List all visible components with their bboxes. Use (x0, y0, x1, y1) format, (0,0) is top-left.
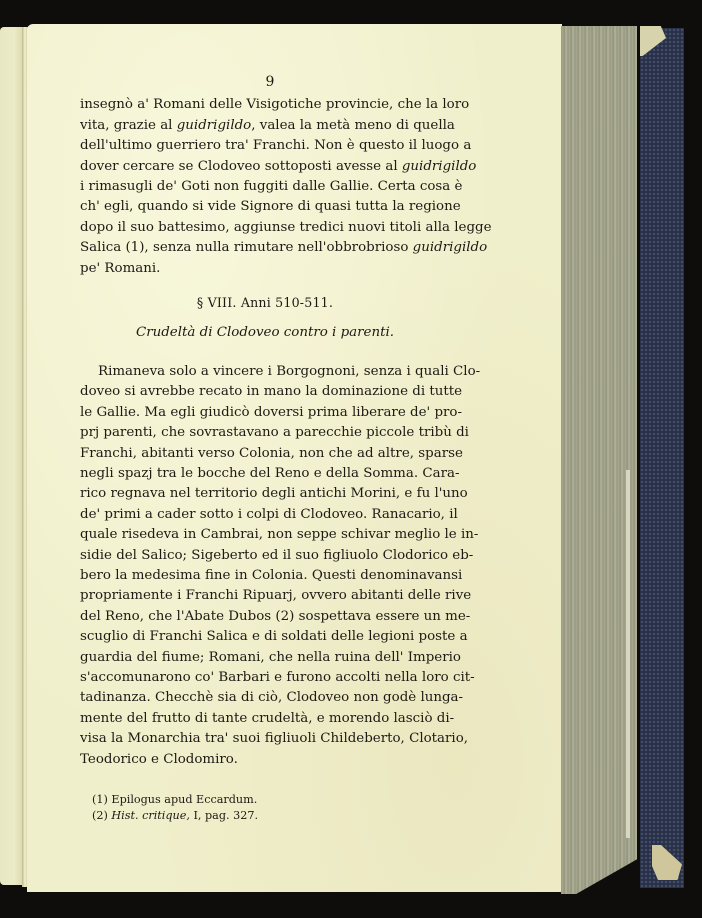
section-heading: § VIII. Anni 510-511. (80, 293, 450, 313)
footnote-text: I, pag. 327. (190, 809, 258, 822)
text-line: Rimaneva solo a vincere i Borgognoni, se… (80, 362, 450, 382)
text-line: dover cercare se Clodoveo sottoposti ave… (80, 157, 450, 177)
bookmark-strip (626, 470, 630, 838)
text-line: negli spazj tra le bocche del Reno e del… (80, 464, 450, 484)
footnote-marker: (1) (92, 793, 108, 806)
text-line: dell'ultimo guerriero tra' Franchi. Non … (80, 136, 450, 156)
left-page-edge (0, 27, 24, 885)
footnote-2: (2) Hist. critique, I, pag. 327. (92, 808, 450, 824)
text-line: de' primi a cader sotto i colpi di Clodo… (80, 505, 450, 525)
section-title: Crudeltà di Clodoveo contro i parenti. (80, 323, 450, 343)
italic-term: guidrigildo (402, 159, 477, 174)
text-line: le Gallie. Ma egli giudicò doversi prima… (80, 403, 450, 423)
text-line: Salica (1), senza nulla rimutare nell'ob… (80, 238, 450, 258)
footnote-marker: (2) (92, 809, 108, 822)
text-line: quale risedeva in Cambrai, non seppe sch… (80, 525, 450, 545)
page-content: 9 insegnò a' Romani delle Visigotiche pr… (80, 72, 450, 823)
text-line: del Reno, che l'Abate Dubos (2) sospetta… (80, 607, 450, 627)
paragraph-2: Rimaneva solo a vincere i Borgognoni, se… (80, 362, 450, 770)
text-line: s'accomunarono co' Barbari e furono acco… (80, 668, 450, 688)
text-line: scuglio di Franchi Salica e di soldati d… (80, 627, 450, 647)
footnote-text: Epilogus apud Eccardum. (111, 793, 257, 806)
text-line: pe' Romani. (80, 259, 450, 279)
text-line: Franchi, abitanti verso Colonia, non che… (80, 444, 450, 464)
text-line: tadinanza. Checchè sia di ciò, Clodoveo … (80, 688, 450, 708)
book-cover (640, 28, 684, 888)
text-line: bero la medesima fine in Colonia. Questi… (80, 566, 450, 586)
text-line: visa la Monarchia tra' suoi figliuoli Ch… (80, 729, 450, 749)
text-line: Teodorico e Clodomiro. (80, 750, 450, 770)
text-line: prj parenti, che sovrastavano a parecchi… (80, 423, 450, 443)
footnote-italic-title: Hist. critique, (111, 809, 190, 822)
text-line: vita, grazie al guidrigildo, valea la me… (80, 116, 450, 136)
paragraph-1: insegnò a' Romani delle Visigotiche prov… (80, 95, 450, 279)
italic-term: guidrigildo (177, 118, 252, 133)
italic-term: guidrigildo (413, 240, 488, 255)
text-line: doveo si avrebbe recato in mano la domin… (80, 382, 450, 402)
footnote-1: (1) Epilogus apud Eccardum. (92, 792, 450, 808)
text-line: guardia del fiume; Romani, che nella rui… (80, 648, 450, 668)
text-line: i rimasugli de' Goti non fuggiti dalle G… (80, 177, 450, 197)
text-line: insegnò a' Romani delle Visigotiche prov… (80, 95, 450, 115)
text-line: rico regnava nel territorio degli antich… (80, 484, 450, 504)
text-line: dopo il suo battesimo, aggiunse tredici … (80, 218, 450, 238)
text-line: ch' egli, quando si vide Signore di quas… (80, 197, 450, 217)
text-line: sidie del Salico; Sigeberto ed il suo fi… (80, 546, 450, 566)
footnotes: (1) Epilogus apud Eccardum. (2) Hist. cr… (80, 792, 450, 823)
text-line: propriamente i Franchi Ripuarj, ovvero a… (80, 586, 450, 606)
page-number: 9 (90, 72, 450, 92)
text-line: mente del frutto di tante crudeltà, e mo… (80, 709, 450, 729)
